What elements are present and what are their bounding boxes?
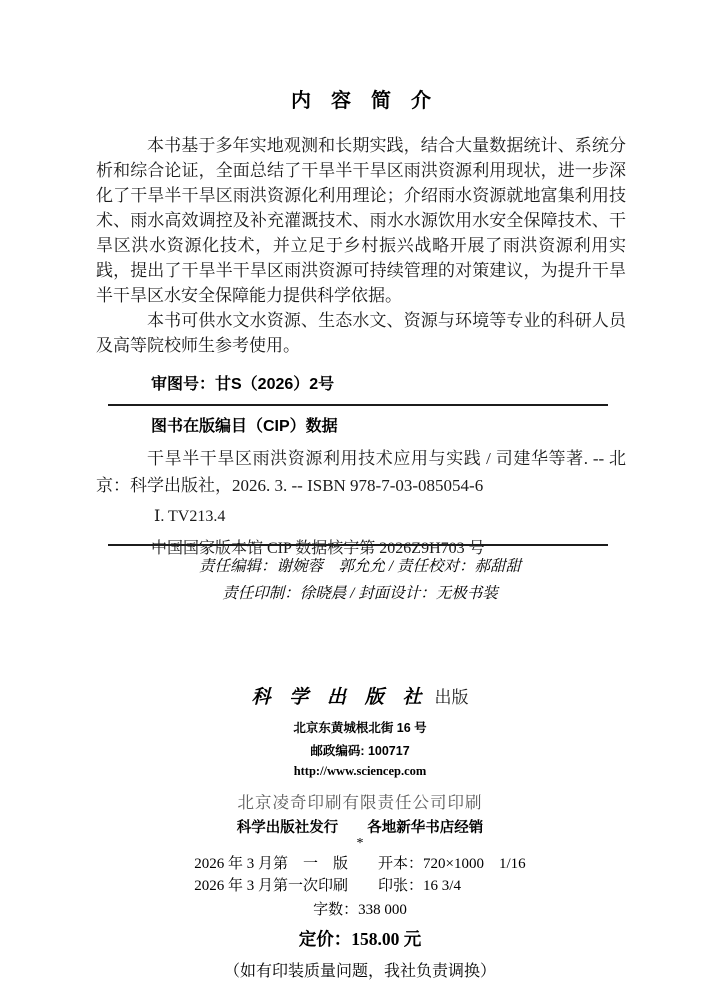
quality-notice: （如有印装质量问题，我社负责调换）	[0, 958, 720, 981]
copyright-page: 内 容 简 介 本书基于多年实地观测和长期实践，结合大量数据统计、系统分析和综合…	[0, 0, 720, 1000]
printing-info: 2026 年 3 月第一次印刷 印张：16 3/4	[194, 875, 525, 897]
press-postcode: 邮政编码: 100717	[0, 741, 720, 759]
edition-info: 2026 年 3 月第 一 版 开本：720×1000 1/16	[194, 853, 525, 875]
intro-paragraph-2: 本书可供水文水资源、生态水文、资源与环境等专业的科研人员及高等院校师生参考使用。	[96, 308, 626, 358]
press-publish-label: 出版	[435, 688, 469, 707]
printer-name: 北京凌奇印刷有限责任公司印刷	[0, 789, 720, 813]
press-name-logo: 科 学 出 版 社	[251, 687, 428, 708]
colophon-section: 科 学 出 版 社 出版 北京东黄城根北街 16 号 邮政编码: 100717 …	[0, 678, 720, 981]
asterisk-separator: *	[0, 838, 720, 850]
distribution-info: 科学出版社发行 各地新华书店经销	[0, 816, 720, 837]
content-summary-section: 内 容 简 介 本书基于多年实地观测和长期实践，结合大量数据统计、系统分析和综合…	[96, 84, 626, 358]
divider-line-bottom	[108, 544, 608, 546]
press-website: http://www.sciencep.com	[0, 764, 720, 779]
price: 定价：158.00 元	[0, 926, 720, 951]
cip-entry: 干旱半干旱区雨洪资源利用技术应用与实践 / 司建华等著. -- 北京：科学出版社…	[96, 445, 626, 499]
cip-classification: Ⅰ. TV213.4	[154, 506, 626, 526]
edition-printing-block: 2026 年 3 月第 一 版 开本：720×1000 1/16 2026 年 …	[194, 853, 525, 897]
editor-credits-line: 责任编辑：谢婉蓉 郭允允 / 责任校对：郝甜甜	[0, 553, 720, 580]
press-publish-line: 科 学 出 版 社 出版	[0, 682, 720, 709]
intro-paragraph-1: 本书基于多年实地观测和长期实践，结合大量数据统计、系统分析和综合论证，全面总结了…	[96, 133, 626, 308]
cip-data-section: 图书在版编目（CIP）数据 干旱半干旱区雨洪资源利用技术应用与实践 / 司建华等…	[96, 413, 626, 558]
page-title: 内 容 简 介	[96, 84, 626, 113]
press-address: 北京东黄城根北街 16 号	[0, 718, 720, 736]
cip-heading: 图书在版编目（CIP）数据	[151, 413, 626, 436]
divider-line-top	[108, 404, 608, 406]
word-count: 字数：338 000	[0, 898, 720, 919]
staff-credits: 责任编辑：谢婉蓉 郭允允 / 责任校对：郝甜甜 责任印制：徐晓晨 / 封面设计：…	[0, 553, 720, 607]
map-approval-number: 审图号：甘S（2026）2号	[151, 371, 334, 394]
print-design-credits-line: 责任印制：徐晓晨 / 封面设计：无极书装	[0, 580, 720, 607]
